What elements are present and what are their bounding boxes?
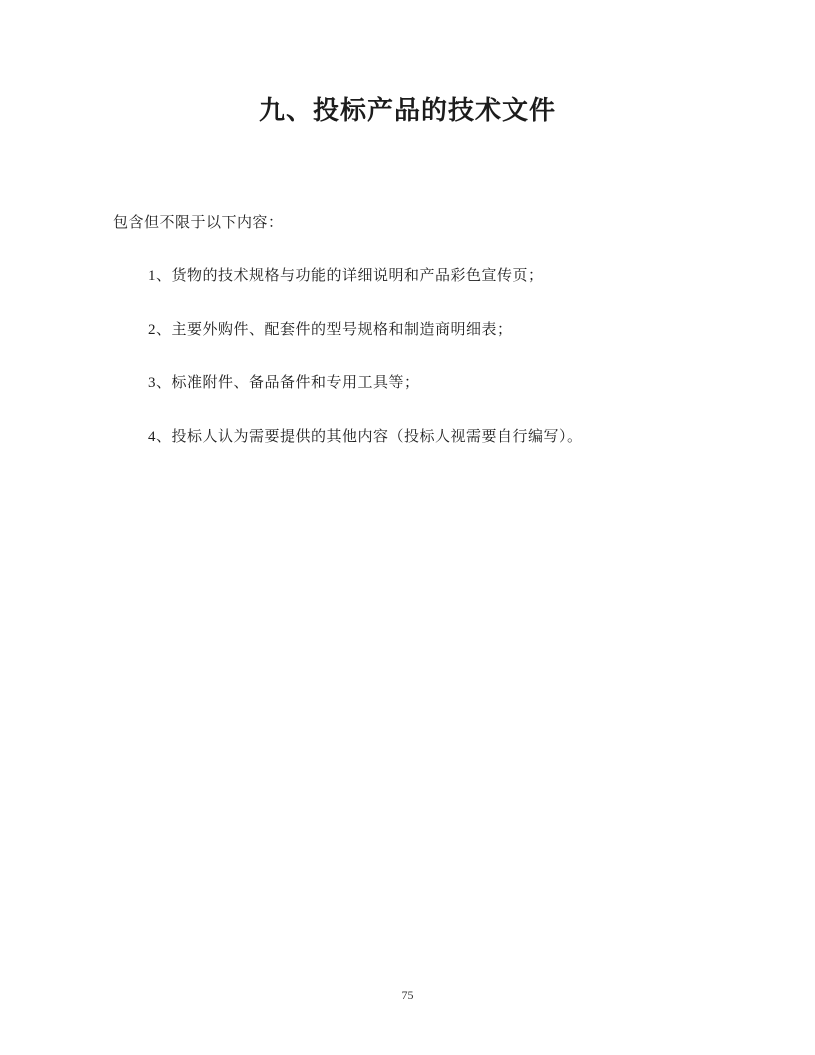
intro-text: 包含但不限于以下内容： xyxy=(113,211,284,232)
list-item: 2、主要外购件、配套件的型号规格和制造商明细表； xyxy=(148,318,513,339)
document-page: 九、投标产品的技术文件 包含但不限于以下内容： 1、货物的技术规格与功能的详细说… xyxy=(0,0,815,1055)
page-title: 九、投标产品的技术文件 xyxy=(0,90,815,127)
list-item: 1、货物的技术规格与功能的详细说明和产品彩色宣传页； xyxy=(148,264,544,285)
list-item: 4、投标人认为需要提供的其他内容（投标人视需要自行编写）。 xyxy=(148,425,583,446)
list-item: 3、标准附件、备品备件和专用工具等； xyxy=(148,371,420,392)
page-number: 75 xyxy=(0,988,815,1003)
